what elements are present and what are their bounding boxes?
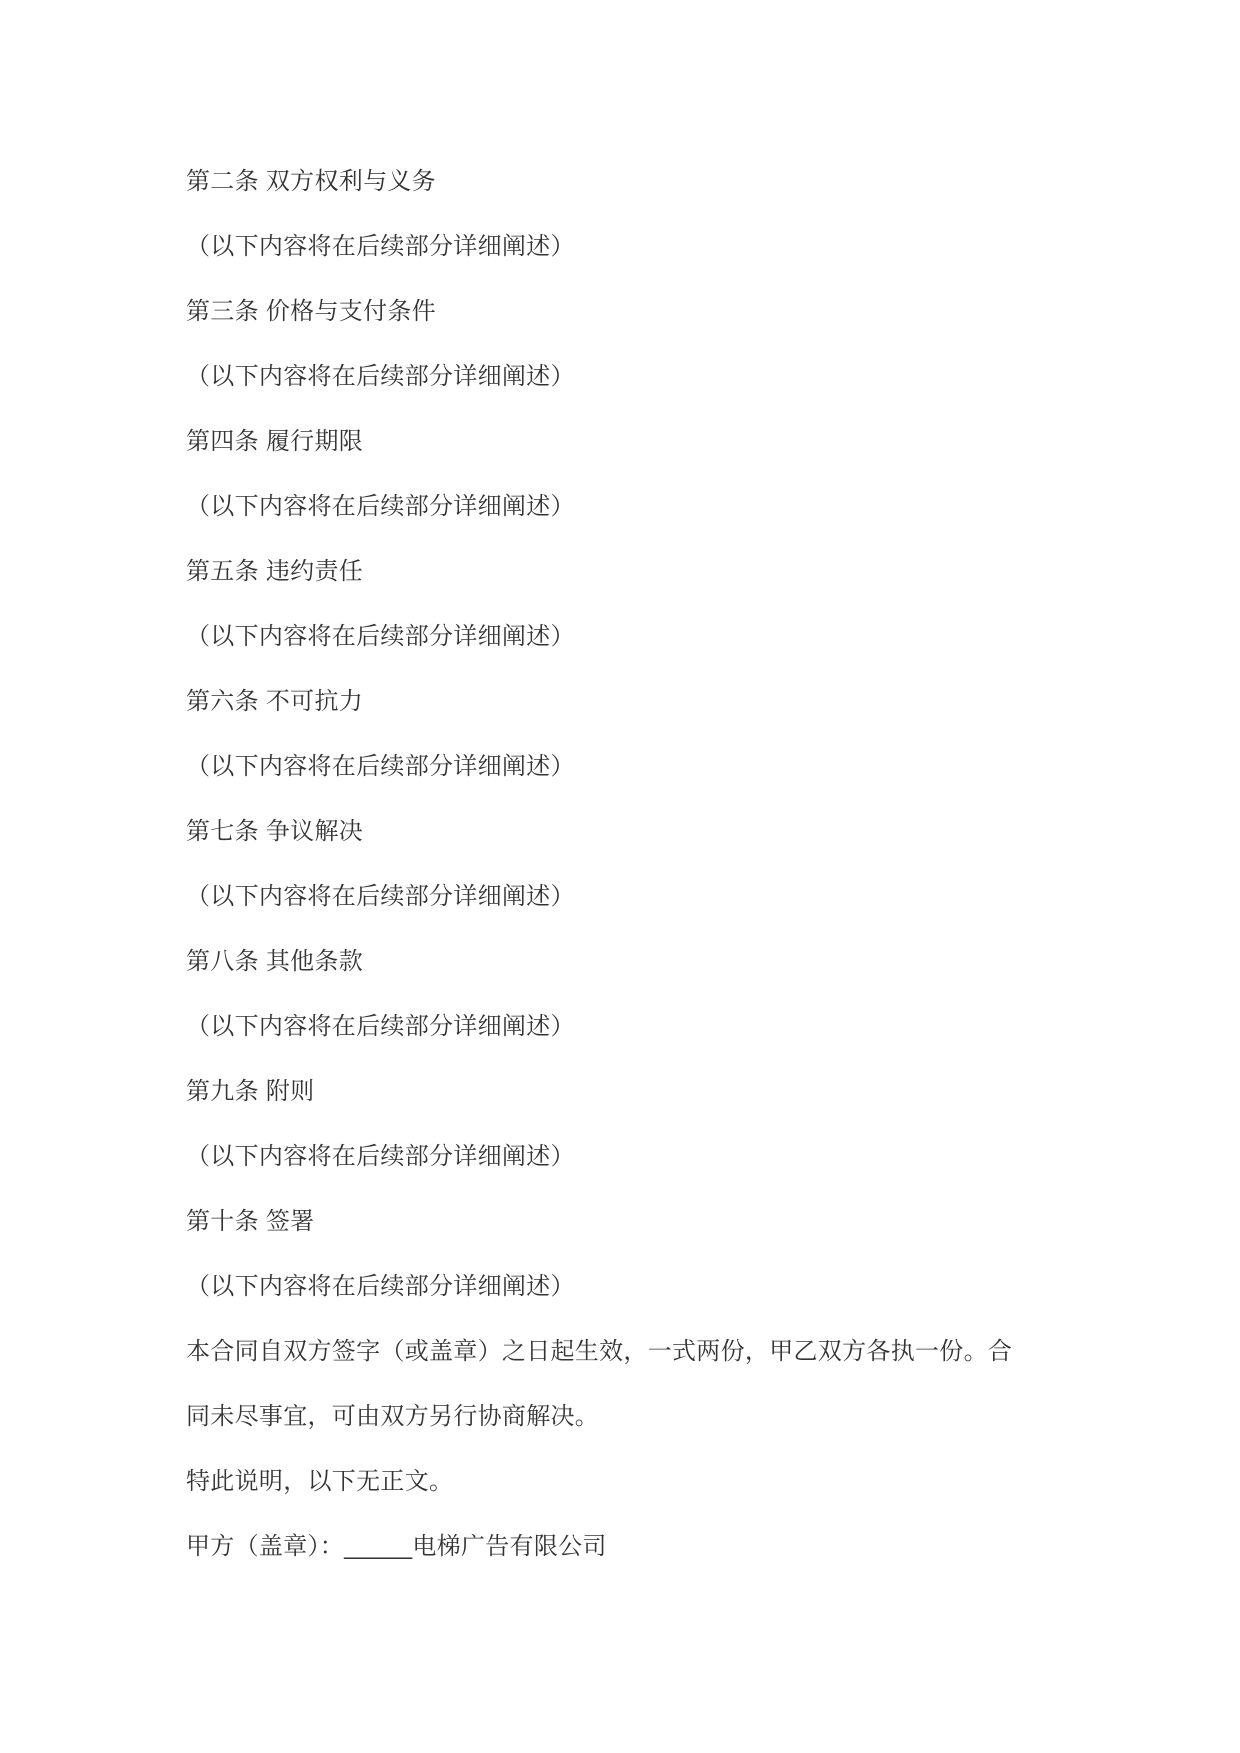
article-heading: 第四条 履行期限 [186, 409, 1022, 474]
placeholder-note: （以下内容将在后续部分详细阐述） [186, 214, 1022, 279]
closing-paragraph: 本合同自双方签字（或盖章）之日起生效，一式两份，甲乙双方各执一份。合同未尽事宜，… [186, 1319, 1022, 1449]
article-heading: 第九条 附则 [186, 1059, 1022, 1124]
placeholder-note: （以下内容将在后续部分详细阐述） [186, 1124, 1022, 1189]
placeholder-note: （以下内容将在后续部分详细阐述） [186, 474, 1022, 539]
placeholder-note: （以下内容将在后续部分详细阐述） [186, 864, 1022, 929]
placeholder-note: （以下内容将在后续部分详细阐述） [186, 344, 1022, 409]
placeholder-note: （以下内容将在后续部分详细阐述） [186, 604, 1022, 669]
placeholder-note: （以下内容将在后续部分详细阐述） [186, 994, 1022, 1059]
article-heading: 第六条 不可抗力 [186, 669, 1022, 734]
party-a-seal-line: 甲方（盖章）：_____电梯广告有限公司 [186, 1514, 1022, 1579]
document-content: 第二条 双方权利与义务 （以下内容将在后续部分详细阐述） 第三条 价格与支付条件… [0, 0, 1240, 1579]
article-heading: 第五条 违约责任 [186, 539, 1022, 604]
closing-note: 特此说明，以下无正文。 [186, 1449, 1022, 1514]
article-heading: 第三条 价格与支付条件 [186, 279, 1022, 344]
placeholder-note: （以下内容将在后续部分详细阐述） [186, 734, 1022, 799]
document-page: 第二条 双方权利与义务 （以下内容将在后续部分详细阐述） 第三条 价格与支付条件… [0, 0, 1240, 1753]
article-heading: 第七条 争议解决 [186, 799, 1022, 864]
placeholder-note: （以下内容将在后续部分详细阐述） [186, 1254, 1022, 1319]
article-heading: 第十条 签署 [186, 1189, 1022, 1254]
article-heading: 第二条 双方权利与义务 [186, 149, 1022, 214]
article-heading: 第八条 其他条款 [186, 929, 1022, 994]
